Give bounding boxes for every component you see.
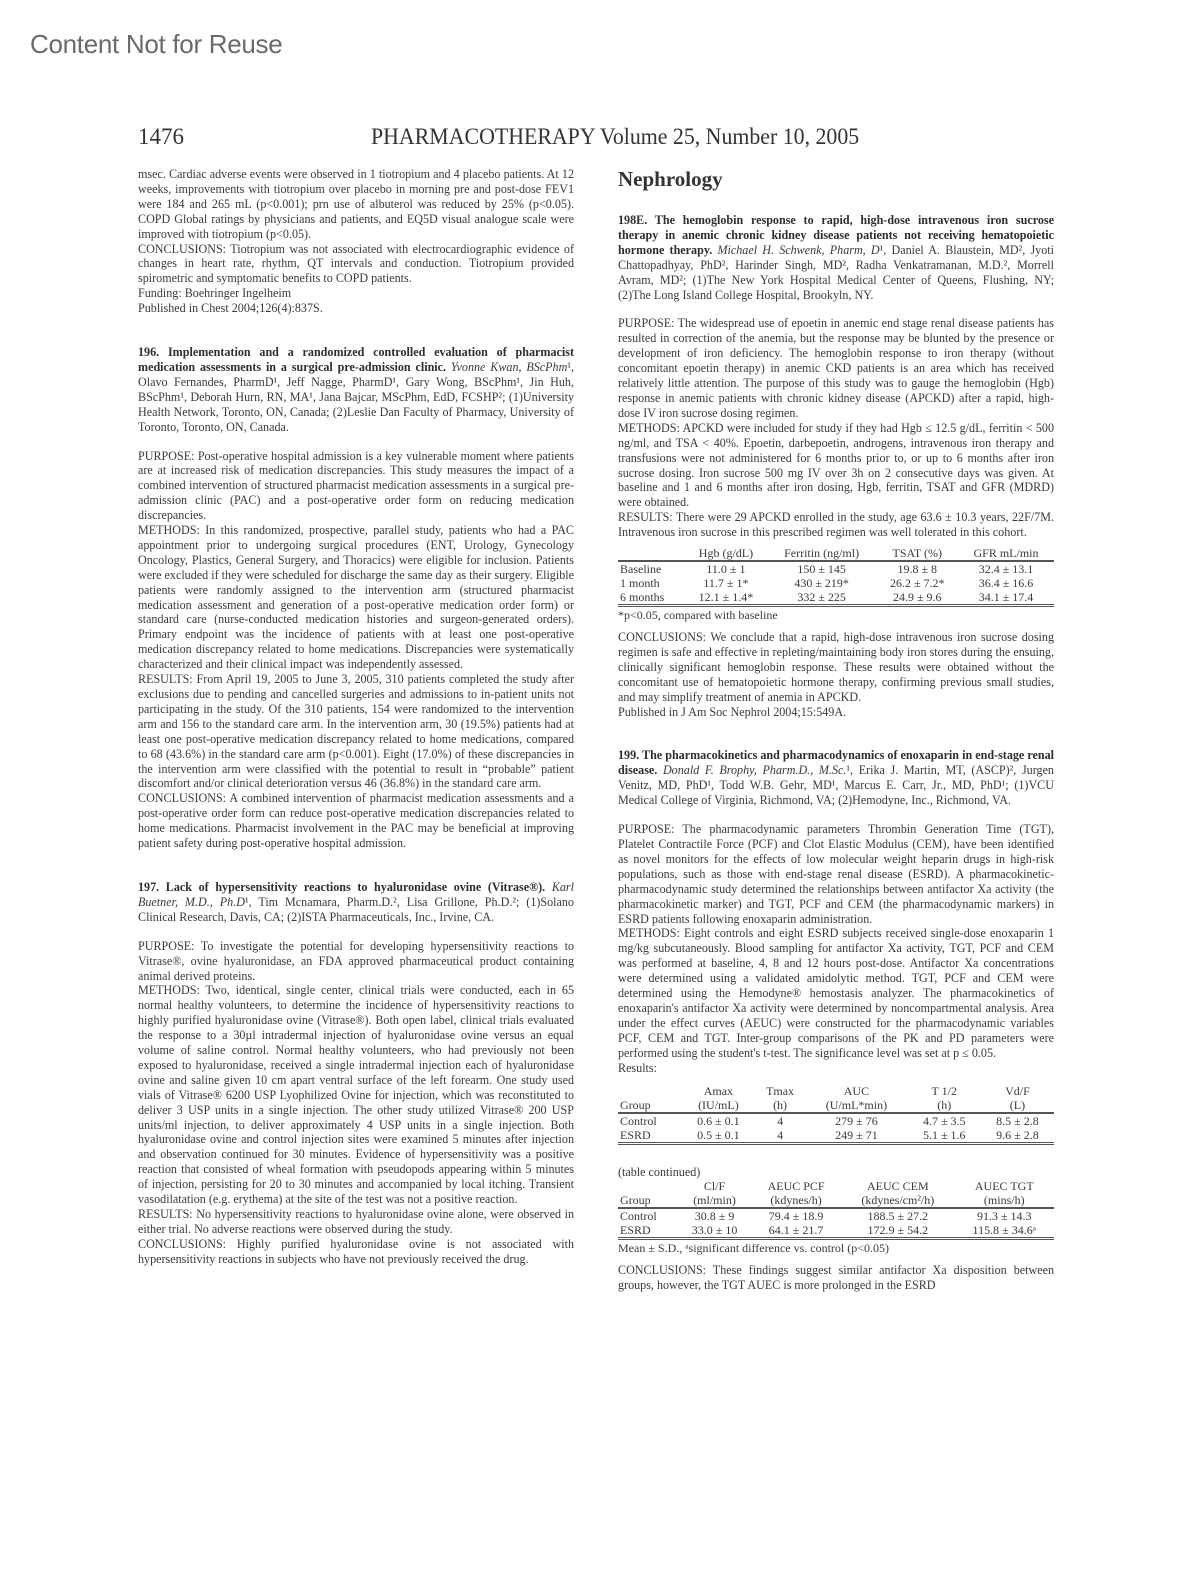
- table-cell: 0.6 ± 0.1: [682, 1113, 755, 1128]
- table-row: Baseline 11.0 ± 1 150 ± 145 19.8 ± 8 32.…: [618, 561, 1054, 576]
- abstract-199: 199. The pharmacokinetics and pharmacody…: [618, 748, 1054, 1293]
- purpose: PURPOSE: To investigate the potential fo…: [138, 939, 574, 984]
- abstract-195-continuation: msec. Cardiac adverse events were observ…: [138, 167, 574, 316]
- conclusions: CONCLUSIONS: We conclude that a rapid, h…: [618, 630, 1054, 705]
- results: RESULTS: No hypersensitivity reactions t…: [138, 1207, 574, 1237]
- table-header-cell: (kdynes/cm²/h): [841, 1193, 954, 1208]
- table-header-cell: Ferritin (ng/ml): [767, 546, 877, 561]
- table-cell: 6 months: [618, 590, 685, 606]
- table-cell: 8.5 ± 2.8: [981, 1113, 1054, 1128]
- table-cell: 30.8 ± 9: [678, 1208, 751, 1223]
- table-footnote: *p<0.05, compared with baseline: [618, 608, 1054, 622]
- table-header-cell: Vd/F: [981, 1084, 1054, 1098]
- table-header-row: Amax Tmax AUC T 1/2 Vd/F: [618, 1084, 1054, 1098]
- hgb-results-table: Hgb (g/dL) Ferritin (ng/ml) TSAT (%) GFR…: [618, 546, 1054, 607]
- published-citation: Published in Chest 2004;126(4):837S.: [138, 301, 574, 316]
- purpose: PURPOSE: Post-operative hospital admissi…: [138, 449, 574, 524]
- abstract-197: 197. Lack of hypersensitivity reactions …: [138, 880, 574, 1267]
- table-cell: 19.8 ± 8: [877, 561, 958, 576]
- abstract-heading: 197. Lack of hypersensitivity reactions …: [138, 880, 574, 925]
- table-row: Control 0.6 ± 0.1 4 279 ± 76 4.7 ± 3.5 8…: [618, 1113, 1054, 1128]
- conclusions: CONCLUSIONS: A combined intervention of …: [138, 791, 574, 851]
- table-cell: 430 ± 219*: [767, 576, 877, 590]
- table-cell: 1 month: [618, 576, 685, 590]
- table-header-cell: AUEC TGT: [955, 1179, 1054, 1193]
- conclusions: CONCLUSIONS: Highly purified hyaluronida…: [138, 1237, 574, 1267]
- table-cell: 11.0 ± 1: [685, 561, 766, 576]
- table-header-cell: TSAT (%): [877, 546, 958, 561]
- table-cell: ESRD: [618, 1128, 682, 1144]
- table-header-cell: Group: [618, 1193, 678, 1208]
- watermark: Content Not for Reuse: [30, 29, 282, 60]
- table-header-cell: (kdynes/h): [751, 1193, 841, 1208]
- table-cell: 32.4 ± 13.1: [958, 561, 1054, 576]
- table-header-cell: (h): [908, 1098, 981, 1113]
- table-cell: Control: [618, 1208, 678, 1223]
- table-cell: ESRD: [618, 1223, 678, 1239]
- table-header-cell: (L): [981, 1098, 1054, 1113]
- table-header-cell: (mins/h): [955, 1193, 1054, 1208]
- table-cell: Baseline: [618, 561, 685, 576]
- abstract-heading: 199. The pharmacokinetics and pharmacody…: [618, 748, 1054, 808]
- table-header-cell: Amax: [682, 1084, 755, 1098]
- methods: METHODS: Eight controls and eight ESRD s…: [618, 926, 1054, 1060]
- table-header-cell: Tmax: [755, 1084, 805, 1098]
- table-cell: 24.9 ± 9.6: [877, 590, 958, 606]
- results: RESULTS: From April 19, 2005 to June 3, …: [138, 672, 574, 791]
- table-cell: 26.2 ± 7.2*: [877, 576, 958, 590]
- table-cell: 4: [755, 1128, 805, 1144]
- table-header-cell: T 1/2: [908, 1084, 981, 1098]
- purpose: PURPOSE: The pharmacodynamic parameters …: [618, 822, 1054, 926]
- table-cell: 4: [755, 1113, 805, 1128]
- abstract-196: 196. Implementation and a randomized con…: [138, 345, 574, 851]
- table-cell: 115.8 ± 34.6ᵃ: [955, 1223, 1054, 1239]
- table-header-cell: Cl/F: [678, 1179, 751, 1193]
- table-footnote: Mean ± S.D., ᵃsignificant difference vs.…: [618, 1241, 1054, 1255]
- table-row: 6 months 12.1 ± 1.4* 332 ± 225 24.9 ± 9.…: [618, 590, 1054, 606]
- table-cell: 9.6 ± 2.8: [981, 1128, 1054, 1144]
- methods: METHODS: In this randomized, prospective…: [138, 523, 574, 672]
- table-cell: 4.7 ± 3.5: [908, 1113, 981, 1128]
- table-header-cell: (h): [755, 1098, 805, 1113]
- results-continuation: msec. Cardiac adverse events were observ…: [138, 167, 574, 242]
- table-row: ESRD 33.0 ± 10 64.1 ± 21.7 172.9 ± 54.2 …: [618, 1223, 1054, 1239]
- table-header-cell: [618, 1179, 678, 1193]
- conclusions: CONCLUSIONS: Tiotropium was not associat…: [138, 242, 574, 287]
- section-heading: Nephrology: [618, 167, 1054, 191]
- table-header-row: Cl/F AEUC PCF AEUC CEM AUEC TGT: [618, 1179, 1054, 1193]
- table-row: 1 month 11.7 ± 1* 430 ± 219* 26.2 ± 7.2*…: [618, 576, 1054, 590]
- table-cell: 332 ± 225: [767, 590, 877, 606]
- results-label: Results:: [618, 1061, 1054, 1076]
- pk-results-table: Amax Tmax AUC T 1/2 Vd/F Group (IU/mL) (…: [618, 1084, 1054, 1145]
- first-author: Yvonne Kwan, BScPhm: [451, 360, 567, 374]
- table-cell: 12.1 ± 1.4*: [685, 590, 766, 606]
- abstract-title: 197. Lack of hypersensitivity reactions …: [138, 880, 545, 894]
- table-header-cell: GFR mL/min: [958, 546, 1054, 561]
- table-cell: Control: [618, 1113, 682, 1128]
- abstract-198e: 198E. The hemoglobin response to rapid, …: [618, 213, 1054, 719]
- abstract-heading: 196. Implementation and a randomized con…: [138, 345, 574, 434]
- journal-title: PHARMACOTHERAPY Volume 25, Number 10, 20…: [371, 124, 859, 150]
- abstract-heading: 198E. The hemoglobin response to rapid, …: [618, 213, 1054, 302]
- table-cell: 279 ± 76: [805, 1113, 908, 1128]
- table-cell: 34.1 ± 17.4: [958, 590, 1054, 606]
- results: RESULTS: There were 29 APCKD enrolled in…: [618, 510, 1054, 540]
- table-header-cell: (ml/min): [678, 1193, 751, 1208]
- table-cell: 188.5 ± 27.2: [841, 1208, 954, 1223]
- pd-results-table: Cl/F AEUC PCF AEUC CEM AUEC TGT Group (m…: [618, 1179, 1054, 1240]
- table-header-cell: (U/mL*min): [805, 1098, 908, 1113]
- first-author: Michael H. Schwenk, Pharm, D: [717, 243, 879, 257]
- left-column: msec. Cardiac adverse events were observ…: [138, 167, 574, 1267]
- table-header-row: Group (ml/min) (kdynes/h) (kdynes/cm²/h)…: [618, 1193, 1054, 1208]
- right-column: Nephrology 198E. The hemoglobin response…: [618, 167, 1054, 1293]
- table-cell: 5.1 ± 1.6: [908, 1128, 981, 1144]
- table-continued-label: (table continued): [618, 1165, 1054, 1180]
- table-header-cell: AEUC CEM: [841, 1179, 954, 1193]
- page-number: 1476: [138, 124, 184, 150]
- table-row: Control 30.8 ± 9 79.4 ± 18.9 188.5 ± 27.…: [618, 1208, 1054, 1223]
- first-author: Donald F. Brophy, Pharm.D., M.Sc.: [663, 763, 846, 777]
- table-header-row: Group (IU/mL) (h) (U/mL*min) (h) (L): [618, 1098, 1054, 1113]
- table-cell: 79.4 ± 18.9: [751, 1208, 841, 1223]
- table-header-cell: Hgb (g/dL): [685, 546, 766, 561]
- table-cell: 64.1 ± 21.7: [751, 1223, 841, 1239]
- table-cell: 11.7 ± 1*: [685, 576, 766, 590]
- table-cell: 0.5 ± 0.1: [682, 1128, 755, 1144]
- table-cell: 150 ± 145: [767, 561, 877, 576]
- table-cell: 33.0 ± 10: [678, 1223, 751, 1239]
- conclusions: CONCLUSIONS: These findings suggest simi…: [618, 1263, 1054, 1293]
- methods: METHODS: Two, identical, single center, …: [138, 983, 574, 1207]
- methods: METHODS: APCKD were included for study i…: [618, 421, 1054, 510]
- table-header-row: Hgb (g/dL) Ferritin (ng/ml) TSAT (%) GFR…: [618, 546, 1054, 561]
- purpose: PURPOSE: The widespread use of epoetin i…: [618, 316, 1054, 420]
- table-cell: 36.4 ± 16.6: [958, 576, 1054, 590]
- table-header-cell: (IU/mL): [682, 1098, 755, 1113]
- table-row: ESRD 0.5 ± 0.1 4 249 ± 71 5.1 ± 1.6 9.6 …: [618, 1128, 1054, 1144]
- table-header-cell: AUC: [805, 1084, 908, 1098]
- table-cell: 91.3 ± 14.3: [955, 1208, 1054, 1223]
- table-cell: 172.9 ± 54.2: [841, 1223, 954, 1239]
- table-header-cell: Group: [618, 1098, 682, 1113]
- published-citation: Published in J Am Soc Nephrol 2004;15:54…: [618, 705, 1054, 720]
- table-header-cell: AEUC PCF: [751, 1179, 841, 1193]
- funding: Funding: Boehringer Ingelheim: [138, 286, 574, 301]
- table-header-cell: [618, 1084, 682, 1098]
- table-header-cell: [618, 546, 685, 561]
- table-cell: 249 ± 71: [805, 1128, 908, 1144]
